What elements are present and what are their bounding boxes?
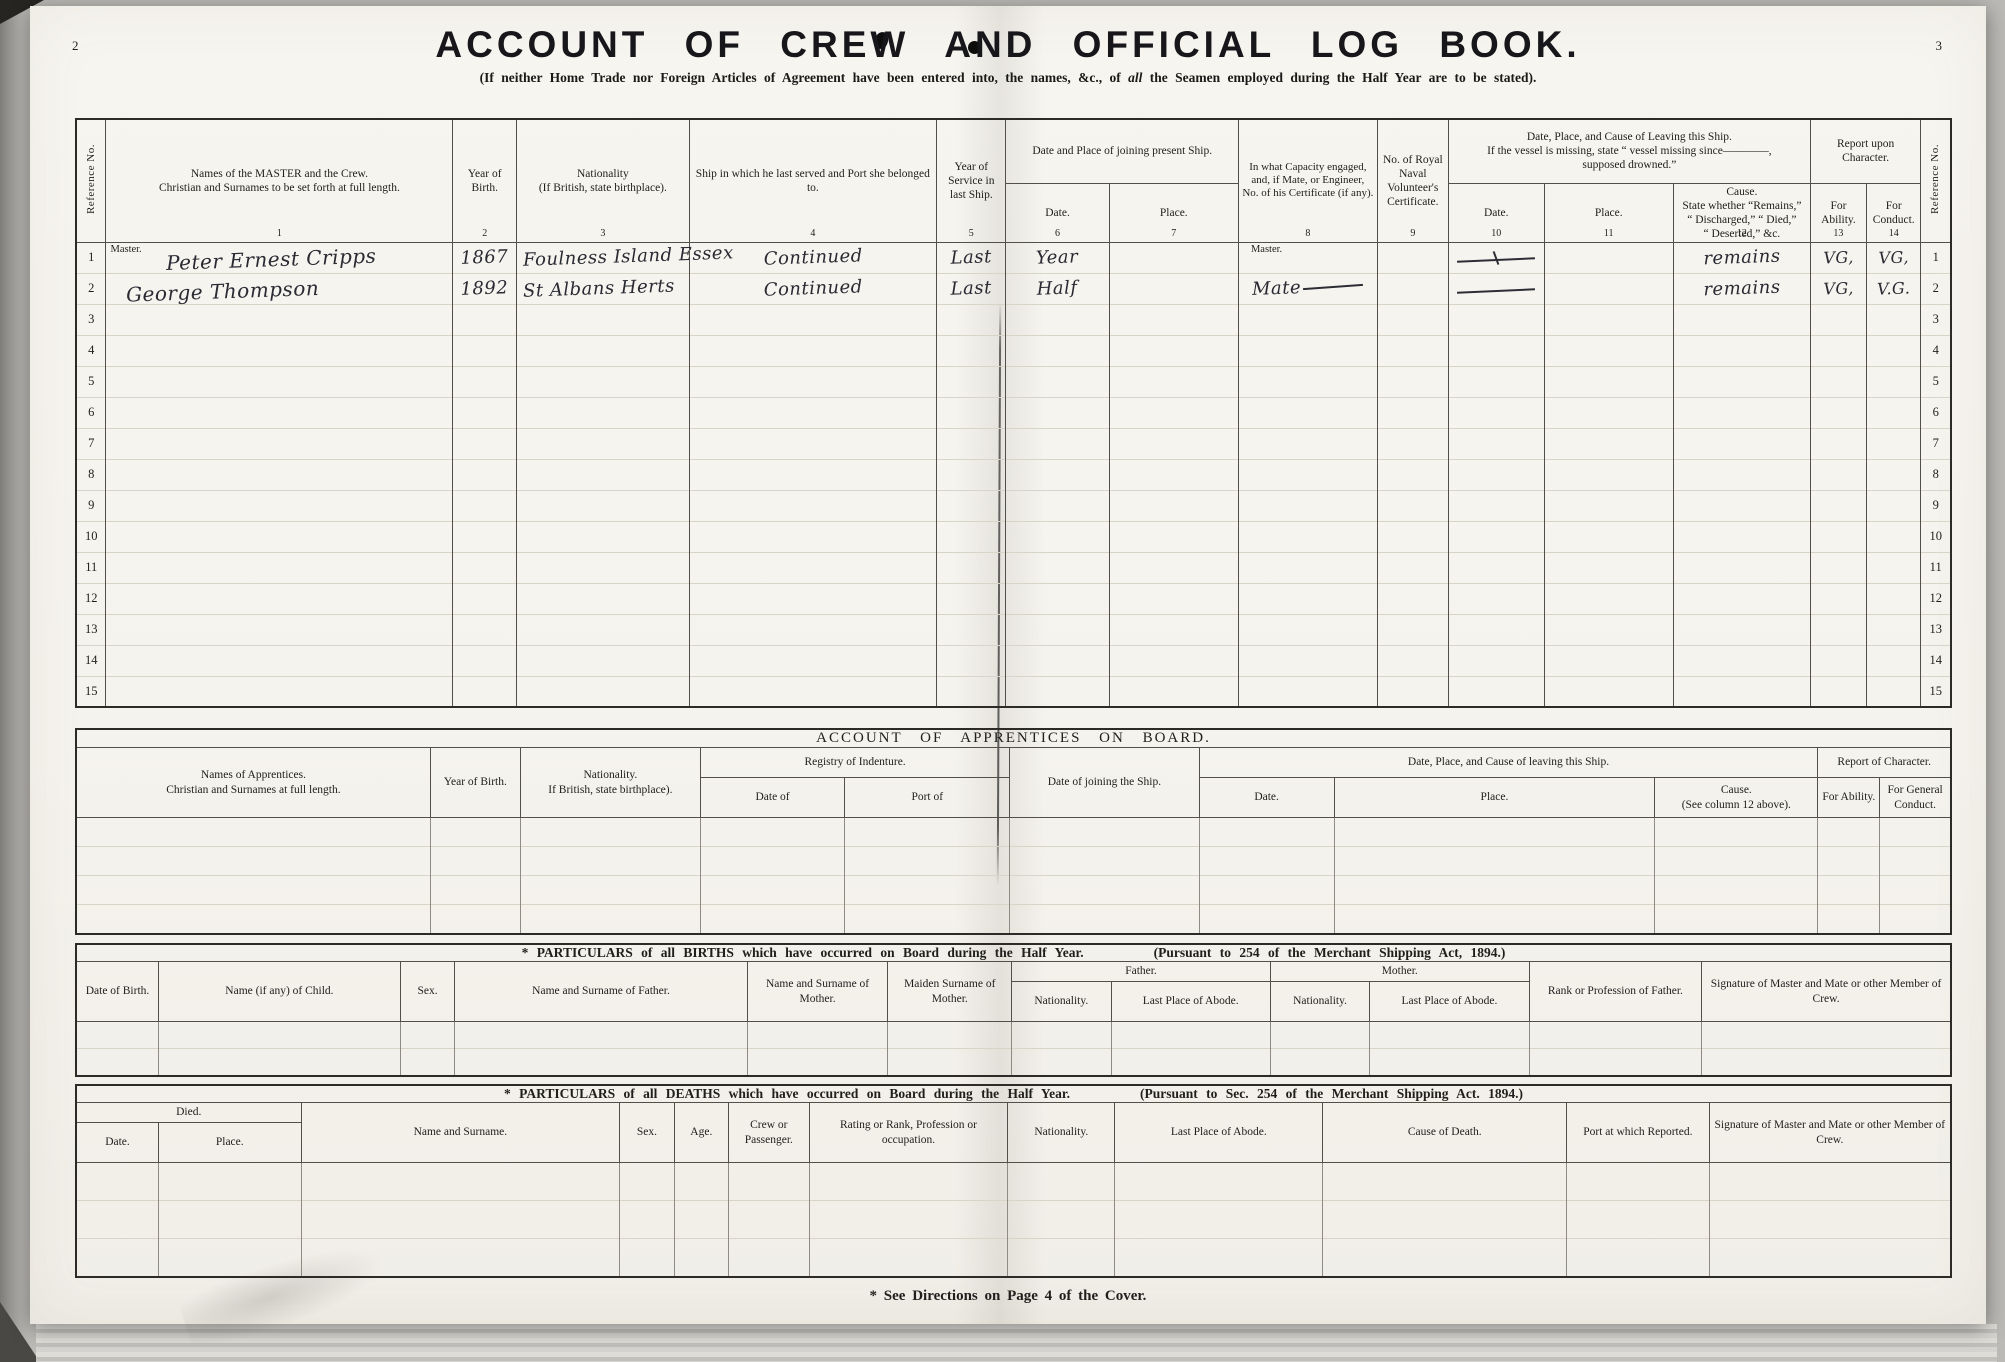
crew-empty-row: 77 [76,428,1951,459]
pen-stroke [1457,288,1535,293]
apprentice-conduct-header: For General Conduct. [1880,778,1951,818]
crew-name: Peter Ernest Cripps [166,241,451,275]
apprentice-empty-row [76,876,1951,905]
deaths-title: * PARTICULARS of all DEATHS which have o… [76,1085,1951,1103]
page-stack-edges [36,1324,1997,1362]
mother-nationality-header: Nationality. [1270,982,1369,1022]
row-number: 1 [1921,242,1951,273]
crew-empty-row: 1010 [76,521,1951,552]
births-table: * PARTICULARS of all BIRTHS which have o… [75,943,1952,1077]
master-printed-label: Master. [1251,244,1282,255]
crew-empty-row: 88 [76,459,1951,490]
registry-group-header: Registry of Indenture. [700,748,1009,778]
page-subtitle: (If neither Home Trade nor Foreign Artic… [30,70,1986,86]
row-number: 2 [1921,273,1951,304]
conduct-value: VG, [1869,247,1919,268]
apprentice-leaving-date-header: Date. [1199,778,1334,818]
death-nationality-header: Nationality. [1008,1103,1115,1163]
leaving-date-header: Date.10 [1448,183,1544,242]
crew-empty-row: 33 [76,304,1951,335]
row-number: 10 [76,521,106,552]
reference-no-header-left: Reference No. [76,119,106,242]
crew-empty-row: 1515 [76,676,1951,707]
row-number: 3 [1921,304,1951,335]
ledger-paper: 2 3 ACCOUNT OF CREW AND OFFICIAL LOG BOO… [30,6,1986,1324]
births-title: * PARTICULARS of all BIRTHS which have o… [76,944,1951,962]
crew-row-1: 1 Master.Peter Ernest Cripps 1867 Foulne… [76,242,1951,273]
leaving-place-header: Place.11 [1544,183,1673,242]
footer-directions-note: * See Directions on Page 4 of the Cover. [30,1288,1986,1305]
row-number: 6 [1921,397,1951,428]
row-number: 6 [76,397,106,428]
service-value: Last [939,246,1004,269]
scan-left-edge [0,0,30,1362]
apprentice-empty-row [76,847,1951,876]
pen-stroke [1303,284,1363,290]
year-of-birth-header: Year of Birth.2 [453,119,517,242]
apprentice-names-header: Names of Apprentices.Christian and Surna… [76,748,430,818]
row-number: 3 [76,304,106,335]
year-of-birth-value: 1892 [455,277,514,300]
apprentice-leaving-group-header: Date, Place, and Cause of leaving this S… [1199,748,1818,778]
conduct-header: For Conduct.14 [1867,183,1921,242]
crew-empty-row: 1313 [76,614,1951,645]
row-number: 8 [1921,459,1951,490]
registry-port-header: Port of [845,778,1010,818]
birth-sex-header: Sex. [400,962,454,1022]
joining-date-value: Half [1008,276,1107,300]
nationality-header: Nationality(If British, state birthplace… [517,119,690,242]
mother-name-header: Name and Surname of Mother. [747,962,888,1022]
crew-name: George Thompson [126,271,451,306]
row-number: 11 [76,552,106,583]
leaving-cause-header: Cause.State whether “Remains,”“ Discharg… [1673,183,1810,242]
names-header: Names of the MASTER and the Crew.Christi… [106,119,453,242]
crew-empty-row: 1414 [76,645,1951,676]
row-number: 14 [76,645,106,676]
death-abode-header: Last Place of Abode. [1115,1103,1323,1163]
death-empty-row [76,1239,1951,1277]
crew-row-2: 2 George Thompson 1892 St Albans Herts C… [76,273,1951,304]
row-number: 10 [1921,521,1951,552]
last-ship-value: Continued [691,274,934,303]
apprentice-joining-header: Date of joining the Ship. [1010,748,1199,818]
apprentice-yob-header: Year of Birth. [430,748,520,818]
death-date-header: Date. [76,1123,159,1163]
father-group-header: Father. [1012,962,1271,982]
birth-empty-row [76,1022,1951,1049]
apprentice-nationality-header: Nationality.If British, state birthplace… [520,748,700,818]
year-of-birth-value: 1867 [455,246,514,269]
row-number: 4 [1921,335,1951,366]
nationality-value: St Albans Herts [519,275,687,302]
reference-no-header-right: Reference No. [1921,119,1951,242]
row-number: 15 [1921,676,1951,707]
joining-place-header: Place.7 [1109,183,1238,242]
service-header: Year of Service in last Ship.5 [937,119,1006,242]
crew-or-passenger-header: Crew or Passenger. [729,1103,810,1163]
row-number: 4 [76,335,106,366]
ability-value: VG, [1812,247,1864,268]
died-group-header: Died. [76,1103,301,1123]
death-name-header: Name and Surname. [301,1103,620,1163]
master-printed-label: Master. [110,244,141,255]
death-age-header: Age. [674,1103,728,1163]
father-rank-header: Rank or Profession of Father. [1529,962,1702,1022]
joining-date-header: Date.6 [1006,183,1109,242]
crew-empty-row: 44 [76,335,1951,366]
row-number: 11 [1921,552,1951,583]
death-place-header: Place. [159,1123,302,1163]
apprentice-empty-row [76,905,1951,934]
mother-group-header: Mother. [1270,962,1529,982]
cause-of-death-header: Cause of Death. [1323,1103,1567,1163]
maiden-name-header: Maiden Surname of Mother. [888,962,1012,1022]
pen-tick [1493,251,1500,265]
ability-value: VG, [1812,278,1864,299]
row-number: 2 [76,273,106,304]
leaving-group-header: Date, Place, and Cause of Leaving this S… [1448,119,1810,183]
rnv-certificate-header: No. of Royal Naval Volunteer's Certifica… [1377,119,1448,242]
death-signature-header: Signature of Master and Mate or other Me… [1709,1103,1951,1163]
crew-empty-row: 1212 [76,583,1951,614]
capacity-value: Mate [1252,277,1302,300]
registry-date-header: Date of [700,778,844,818]
apprentice-ability-header: For Ability. [1818,778,1880,818]
death-empty-row [76,1201,1951,1239]
row-number: 7 [1921,428,1951,459]
page-title: ACCOUNT OF CREW AND OFFICIAL LOG BOOK. [30,24,1986,66]
crew-empty-row: 66 [76,397,1951,428]
apprentice-empty-row [76,818,1951,847]
birth-date-header: Date of Birth. [76,962,159,1022]
nationality-value: Foulness Island Essex [519,244,687,271]
cause-value: remains [1676,245,1809,271]
row-number: 9 [1921,490,1951,521]
death-empty-row [76,1163,1951,1201]
child-name-header: Name (if any) of Child. [159,962,401,1022]
birth-empty-row [76,1049,1951,1076]
birth-signature-header: Signature of Master and Mate or other Me… [1702,962,1951,1022]
port-reported-header: Port at which Reported. [1567,1103,1710,1163]
mother-abode-header: Last Place of Abode. [1370,982,1529,1022]
report-group-header: Report upon Character. [1810,119,1921,183]
last-ship-value: Continued [691,243,934,272]
apprentice-cause-header: Cause.(See column 12 above). [1655,778,1818,818]
row-number: 5 [76,366,106,397]
crew-table: Reference No. Names of the MASTER and th… [75,118,1952,708]
conduct-value: V.G. [1869,278,1919,299]
row-number: 5 [1921,366,1951,397]
last-ship-header: Ship in which he last served and Port sh… [689,119,937,242]
crew-empty-row: 1111 [76,552,1951,583]
father-nationality-header: Nationality. [1012,982,1111,1022]
ability-header: For Ability.13 [1810,183,1866,242]
apprentices-title: ACCOUNT OF APPRENTICES ON BOARD. [76,729,1951,748]
apprentice-report-group-header: Report of Character. [1818,748,1951,778]
capacity-header: In what Capacity engaged, and, if Mate, … [1238,119,1377,242]
rating-header: Rating or Rank, Profession or occupation… [809,1103,1008,1163]
row-number: 9 [76,490,106,521]
father-abode-header: Last Place of Abode. [1111,982,1270,1022]
crew-empty-row: 55 [76,366,1951,397]
cause-value: remains [1676,276,1809,302]
crew-empty-row: 99 [76,490,1951,521]
deaths-table: * PARTICULARS of all DEATHS which have o… [75,1084,1952,1278]
row-number: 13 [1921,614,1951,645]
row-number: 8 [76,459,106,490]
row-number: 12 [1921,583,1951,614]
father-name-header: Name and Surname of Father. [455,962,748,1022]
row-number: 13 [76,614,106,645]
apprentices-table: ACCOUNT OF APPRENTICES ON BOARD. Names o… [75,728,1952,935]
service-value: Last [939,277,1004,300]
row-number: 15 [76,676,106,707]
row-number: 12 [76,583,106,614]
row-number: 7 [76,428,106,459]
row-number: 1 [76,242,106,273]
joining-date-value: Year [1008,245,1107,269]
apprentice-leaving-place-header: Place. [1334,778,1655,818]
death-sex-header: Sex. [620,1103,674,1163]
joining-group-header: Date and Place of joining present Ship. [1006,119,1238,183]
row-number: 14 [1921,645,1951,676]
